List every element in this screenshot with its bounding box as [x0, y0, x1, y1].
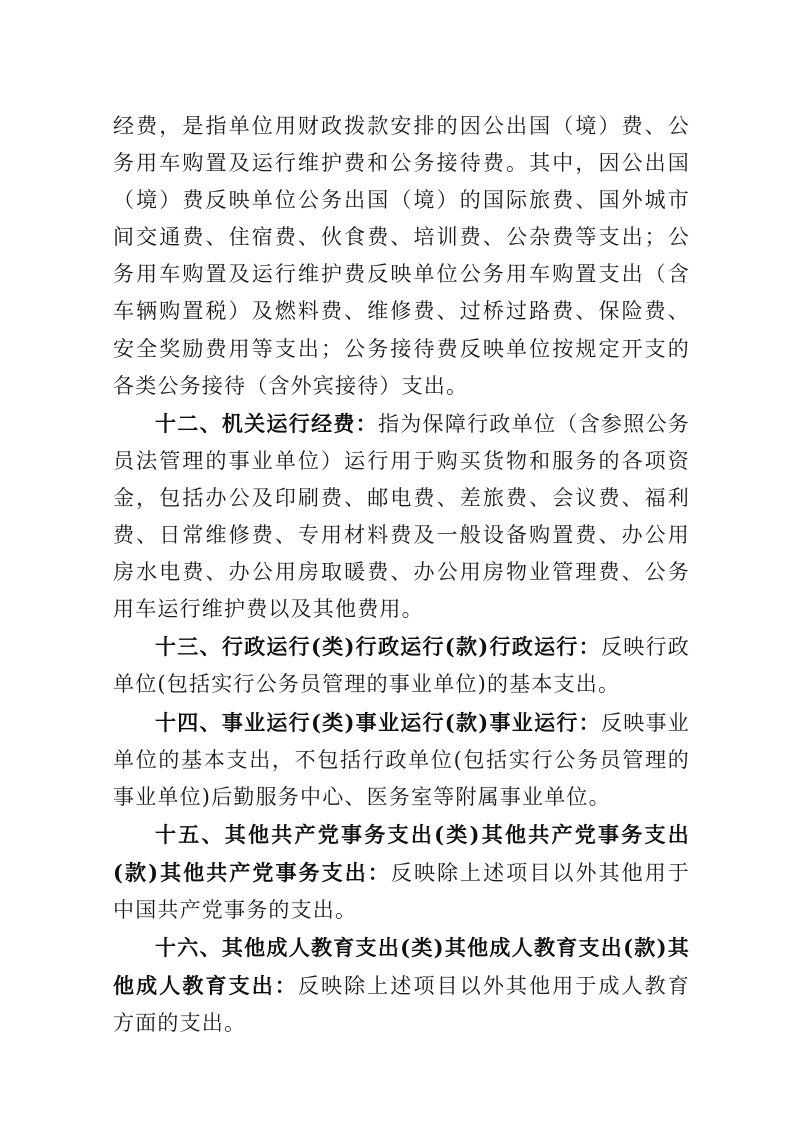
paragraph-item-14: 十四、事业运行(类)事业运行(款)事业运行：反映事业单位的基本支出，不包括行政单…	[113, 704, 690, 816]
paragraph-item-15: 十五、其他共产党事务支出(类)其他共产党事务支出(款)其他共产党事务支出：反映除…	[113, 816, 690, 929]
paragraph-term: 十三、行政运行(类)行政运行(款)行政运行：	[155, 634, 601, 659]
paragraph-text: 经费，是指单位用财政拨款安排的因公出国（境）费、公务用车购置及运行维护费和公务接…	[113, 114, 690, 398]
paragraph-item-12: 十二、机关运行经费：指为保障行政单位（含参照公务员法管理的事业单位）运行用于购买…	[113, 405, 690, 629]
paragraph-item-16: 十六、其他成人教育支出(类)其他成人教育支出(款)其他成人教育支出：反映除上述项…	[113, 929, 690, 1042]
paragraph-text: 指为保障行政单位（含参照公务员法管理的事业单位）运行用于购买货物和服务的各项资金…	[113, 412, 690, 621]
paragraph-continuation: 经费，是指单位用财政拨款安排的因公出国（境）费、公务用车购置及运行维护费和公务接…	[113, 108, 690, 405]
paragraph-term: 十四、事业运行(类)事业运行(款)事业运行：	[155, 710, 601, 735]
document-page: 经费，是指单位用财政拨款安排的因公出国（境）费、公务用车购置及运行维护费和公务接…	[113, 108, 690, 1042]
paragraph-term: 十二、机关运行经费：	[155, 411, 378, 436]
paragraph-item-13: 十三、行政运行(类)行政运行(款)行政运行：反映行政单位(包括实行公务员管理的事…	[113, 628, 690, 703]
